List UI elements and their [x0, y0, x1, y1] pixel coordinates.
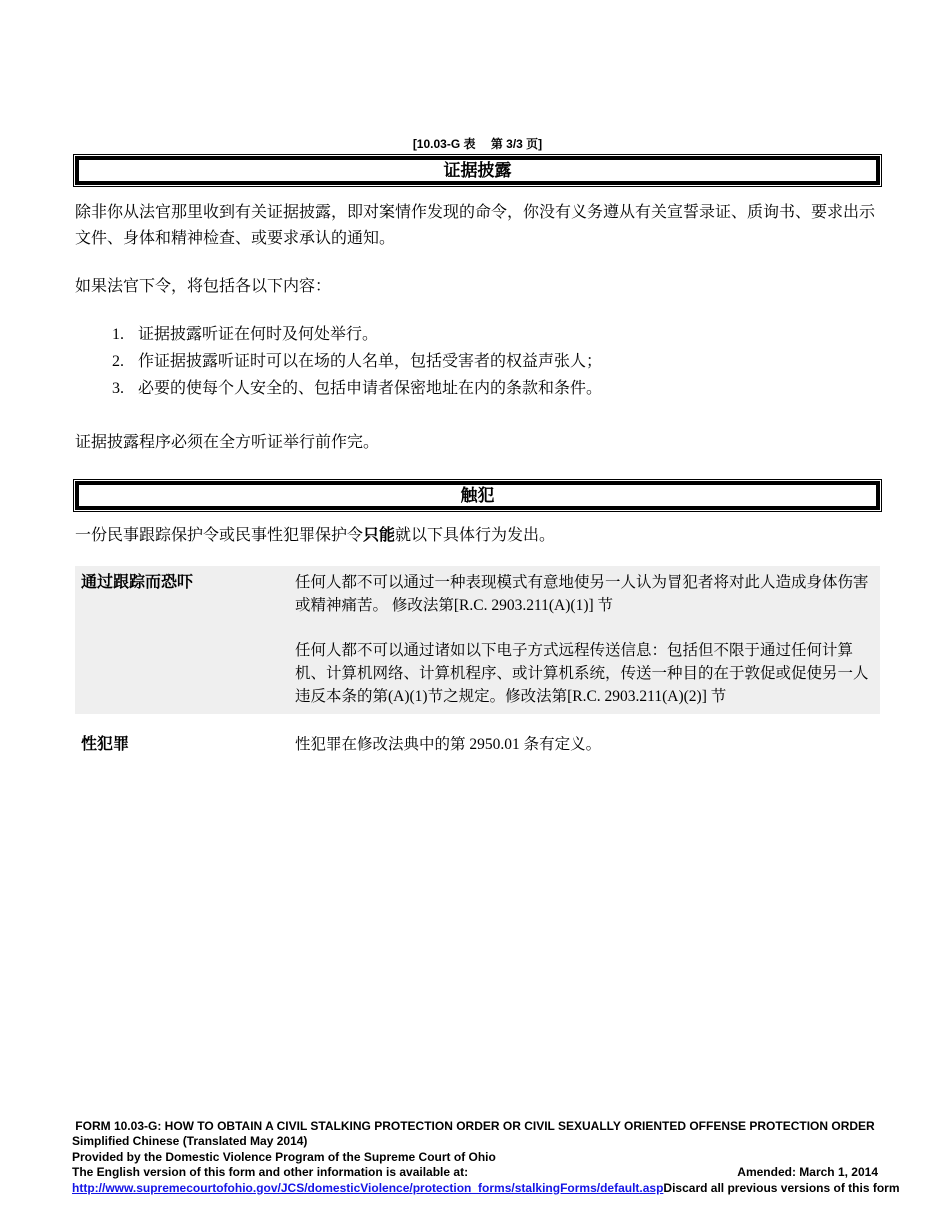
offense-intro-pre: 一份民事跟踪保护令或民事性犯罪保护令 [75, 527, 363, 544]
row-label: 性犯罪 [75, 733, 295, 756]
footer-discard-note: Discard all previous versions of this fo… [663, 1181, 899, 1196]
form-footer: FORM 10.03-G: HOW TO OBTAIN A CIVIL STAL… [72, 1119, 878, 1196]
footer-row-availability: The English version of this form and oth… [72, 1165, 878, 1180]
row-content: 性犯罪在修改法典中的第 2950.01 条有定义。 [295, 733, 880, 756]
discovery-numbered-list: 1. 证据披露听证在何时及何处举行。 2. 作证据披露听证时可以在场的人名单，包… [75, 321, 880, 402]
list-item-text: 作证据披露听证时可以在场的人名单，包括受害者的权益声张人； [138, 348, 880, 375]
table-row-sex-offense: 性犯罪 性犯罪在修改法典中的第 2950.01 条有定义。 [75, 728, 880, 762]
footer-provider-note: Provided by the Domestic Violence Progra… [72, 1150, 878, 1165]
list-item-text: 必要的使每个人安全的、包括申请者保密地址在内的条款和条件。 [138, 375, 880, 402]
list-item: 3. 必要的使每个人安全的、包括申请者保密地址在内的条款和条件。 [75, 375, 880, 402]
list-item-number: 3. [112, 375, 138, 402]
row-content: 任何人都不可以通过一种表现模式有意地使另一人认为冒犯者将对此人造成身体伤害或精神… [295, 571, 880, 708]
discovery-paragraph-2: 如果法官下令，将包括各以下内容： [75, 274, 880, 300]
document-page: [10.03-G 表 第 3/3 页] 证据披露 除非你从法官那里收到有关证据披… [0, 0, 950, 1230]
footer-row-link: http://www.supremecourtofohio.gov/JCS/do… [72, 1181, 878, 1196]
list-item: 2. 作证据披露听证时可以在场的人名单，包括受害者的权益声张人； [75, 348, 880, 375]
footer-form-title: FORM 10.03-G: HOW TO OBTAIN A CIVIL STAL… [72, 1119, 878, 1134]
row-content-paragraph: 任何人都不可以通过诸如以下电子方式远程传送信息：包括但不限于通过任何计算机、计算… [295, 639, 876, 708]
row-content-paragraph: 性犯罪在修改法典中的第 2950.01 条有定义。 [295, 733, 876, 756]
list-item-text: 证据披露听证在何时及何处举行。 [138, 321, 880, 348]
offense-intro-bold: 只能 [363, 527, 395, 544]
list-item-number: 1. [112, 321, 138, 348]
list-item-number: 2. [112, 348, 138, 375]
row-label: 通过跟踪而恐吓 [75, 571, 295, 708]
discovery-paragraph-3: 证据披露程序必须在全方听证举行前作完。 [75, 430, 880, 456]
document-content: [10.03-G 表 第 3/3 页] 证据披露 除非你从法官那里收到有关证据披… [0, 0, 950, 762]
footer-amended-date: Amended: March 1, 2014 [737, 1165, 878, 1180]
footer-form-url-link[interactable]: http://www.supremecourtofohio.gov/JCS/do… [72, 1181, 663, 1196]
table-row-menacing-by-stalking: 通过跟踪而恐吓 任何人都不可以通过一种表现模式有意地使另一人认为冒犯者将对此人造… [75, 566, 880, 714]
list-item: 1. 证据披露听证在何时及何处举行。 [75, 321, 880, 348]
footer-english-version-note: The English version of this form and oth… [72, 1165, 468, 1180]
form-page-number-header: [10.03-G 表 第 3/3 页] [75, 136, 880, 152]
offense-intro-paragraph: 一份民事跟踪保护令或民事性犯罪保护令只能就以下具体行为发出。 [75, 523, 880, 549]
offense-intro-post: 就以下具体行为发出。 [395, 527, 555, 544]
footer-translation-note: Simplified Chinese (Translated May 2014) [72, 1134, 878, 1149]
section-title-evidence-disclosure: 证据披露 [75, 156, 880, 185]
section-title-offense: 触犯 [75, 481, 880, 510]
discovery-paragraph-1: 除非你从法官那里收到有关证据披露，即对案情作发现的命令，你没有义务遵从有关宣誓录… [75, 200, 880, 252]
offense-definition-table: 通过跟踪而恐吓 任何人都不可以通过一种表现模式有意地使另一人认为冒犯者将对此人造… [75, 566, 880, 762]
row-content-paragraph: 任何人都不可以通过一种表现模式有意地使另一人认为冒犯者将对此人造成身体伤害或精神… [295, 571, 876, 617]
